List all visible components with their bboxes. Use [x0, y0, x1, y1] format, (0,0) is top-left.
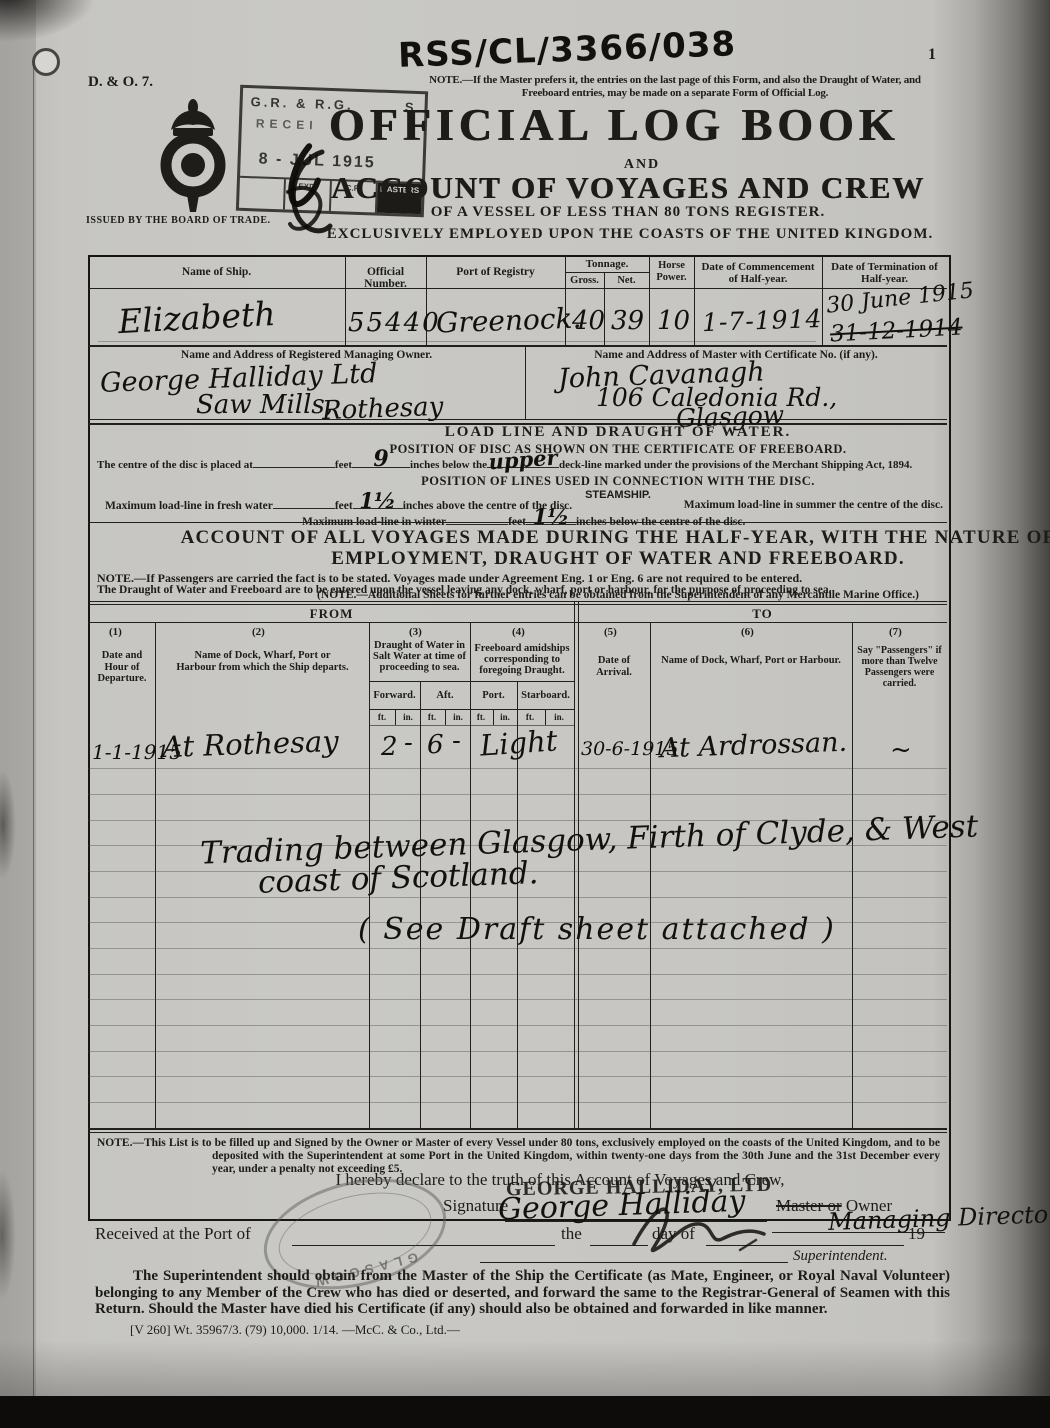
page-fold-line	[33, 60, 34, 1400]
superintendent-label: Superintendent.	[793, 1248, 888, 1265]
col-net: Net.	[604, 275, 649, 286]
disc-heading: POSITION OF DISC AS SHOWN ON THE CERTIFI…	[389, 442, 846, 457]
net-tonnage-value: 39	[611, 306, 644, 336]
ruled-line	[88, 948, 947, 949]
board-of-trade-crest-icon	[152, 98, 234, 221]
voyages-note3: (NOTE.—Additional Sheets for further ent…	[317, 589, 919, 601]
blank-winter-in: 1½	[526, 515, 576, 525]
grid-line	[395, 709, 396, 725]
blank-fresh-feet	[273, 499, 335, 509]
horse-power-value: 10	[657, 306, 690, 336]
grid-line	[574, 601, 575, 1128]
col6-header: Name of Dock, Wharf, Port or Harbour.	[660, 655, 842, 667]
grid-line	[88, 1128, 947, 1130]
writing-baseline	[98, 341, 816, 342]
ruled-line	[88, 794, 947, 795]
grid-line	[650, 622, 651, 1128]
fresh-left: Maximum load-line in fresh waterfeet1½in…	[105, 499, 572, 512]
forward-ft-value: 2	[381, 732, 398, 762]
grid-line	[88, 1132, 947, 1133]
to-header: TO	[578, 606, 947, 622]
centre-hand-value: upper	[488, 445, 559, 475]
col-num-3: (3)	[409, 626, 422, 638]
punch-hole	[32, 48, 60, 76]
col-port-of-registry: Port of Registry	[426, 266, 565, 278]
lines-heading: POSITION OF LINES USED IN CONNECTION WIT…	[421, 474, 815, 489]
in-label: in.	[495, 712, 515, 722]
grid-line	[445, 709, 446, 725]
centre-pre: The centre of the disc is placed at	[97, 459, 253, 471]
freeboard-value: Light	[479, 723, 559, 762]
blank-fresh-in: 1½	[353, 499, 403, 509]
col-num-6: (6)	[741, 626, 754, 638]
bottom-fade	[0, 1340, 1050, 1400]
grid-line	[545, 709, 546, 725]
col7-header: Say "Passengers" if more than Twelve Pas…	[855, 645, 944, 689]
col-num-4: (4)	[512, 626, 525, 638]
col3-forward: Forward.	[369, 690, 420, 701]
col4-port: Port.	[470, 690, 517, 701]
centre-post: deck-line marked under the provisions of…	[559, 459, 912, 471]
blank-winter-feet	[446, 515, 508, 525]
col-official-number: Official Number.	[345, 266, 426, 290]
ship-name-value: Elizabeth	[117, 294, 276, 341]
grid-line	[493, 709, 494, 725]
commencement-value: 1-7-1914	[702, 304, 823, 337]
col-num-5: (5)	[604, 626, 617, 638]
vessel-line: OF A VESSEL OF LESS THAN 80 TONS REGISTE…	[431, 204, 826, 221]
aft-in-value: -	[452, 726, 461, 756]
col4-starboard: Starboard.	[517, 690, 574, 701]
top-note: NOTE.—If the Master prefers it, the entr…	[415, 74, 935, 100]
edge-smudge	[0, 1170, 16, 1300]
ruled-line	[88, 974, 947, 975]
feet-word: feet	[335, 500, 353, 512]
blank-feet	[253, 458, 335, 468]
grid-line	[420, 681, 421, 1128]
owner-label: Name and Address of Registered Managing …	[88, 349, 525, 361]
to-port-value: At Ardrossan.	[660, 727, 848, 765]
document-title: OFFICIAL LOG BOOK	[329, 98, 900, 151]
superintendent-instruction: The Superintendent should obtain from th…	[95, 1268, 950, 1318]
col-termination: Date of Termination of Half-year.	[824, 261, 945, 285]
summer-line: Maximum load-line in summer the centre o…	[684, 499, 943, 512]
ft-label: ft.	[471, 712, 491, 722]
col3-header: Draught of Water in Salt Water at time o…	[372, 640, 467, 673]
received-the: the	[561, 1224, 582, 1244]
printer-footer: [V 260] Wt. 35967/3. (79) 10,000. 1/14. …	[130, 1322, 460, 1338]
centre-inches-value: 9	[373, 446, 388, 472]
grid-line	[88, 288, 947, 289]
corner-smudge	[0, 0, 96, 42]
grid-line	[88, 604, 947, 605]
port-of-registry-value: Greenock.	[435, 301, 581, 339]
issued-by-caption: ISSUED BY THE BOARD OF TRADE.	[86, 215, 271, 226]
ft-label: ft.	[520, 712, 540, 722]
passengers-value: ~	[890, 735, 912, 765]
owner-value-line3: Rothesay	[322, 392, 444, 426]
feet-word: feet	[335, 459, 352, 471]
from-port-value: At Rothesay	[161, 724, 339, 764]
col2-header: Name of Dock, Wharf, Port or Harbour fro…	[175, 650, 350, 673]
aft-ft-value: 6	[427, 730, 444, 760]
official-number-value: 55440	[348, 308, 441, 338]
col4-header: Freeboard amidships corresponding to for…	[473, 643, 571, 676]
grid-line	[88, 345, 947, 347]
col-num-7: (7)	[889, 626, 902, 638]
ruled-line	[88, 768, 947, 769]
grid-line	[694, 255, 695, 345]
gross-tonnage-value: 40	[572, 306, 605, 336]
fresh-value: 1½	[359, 488, 396, 513]
coasts-line: EXCLUSIVELY EMPLOYED UPON THE COASTS OF …	[327, 226, 933, 243]
ruled-line	[88, 999, 947, 1000]
fresh-pre: Maximum load-line in fresh water	[105, 500, 273, 512]
voyages-heading-line1: ACCOUNT OF ALL VOYAGES MADE DURING THE H…	[181, 527, 1050, 549]
loadline-heading: LOAD LINE AND DRAUGHT OF WATER.	[445, 424, 792, 441]
grid-line	[88, 601, 947, 602]
blank-deckline: upper	[487, 458, 559, 468]
disc-centre-line: The centre of the disc is placed atfeet9…	[97, 458, 912, 471]
owner-value-line2: Saw Mills,	[196, 390, 333, 420]
centre-mid: inches below the	[410, 459, 487, 471]
ft-label: ft.	[372, 712, 392, 722]
edge-smudge	[0, 770, 16, 880]
page-number: 1	[928, 46, 936, 64]
ruled-line	[88, 1076, 947, 1077]
col-gross: Gross.	[565, 275, 604, 286]
in-label: in.	[549, 712, 569, 722]
grid-line	[369, 709, 574, 710]
col-num-2: (2)	[252, 626, 265, 638]
in-label: in.	[398, 712, 418, 722]
bottom-scan-bar	[0, 1396, 1050, 1428]
scanned-document-page: RSS/CL/3366/038 1 D. & O. 7. NOTE.—If th…	[0, 0, 1050, 1428]
grid-line	[88, 622, 947, 623]
col5-header: Date of Arrival.	[582, 655, 646, 678]
forward-in-value: -	[404, 728, 413, 758]
draft-sheet-note: ( See Draft sheet attached )	[358, 912, 836, 947]
ruled-line	[88, 1025, 947, 1026]
winter-value: 1½	[533, 504, 570, 529]
col-num-1: (1)	[109, 626, 122, 638]
col-commencement: Date of Commencement of Half-year.	[698, 261, 818, 285]
col-tonnage: Tonnage.	[565, 258, 649, 270]
superintendent-signature-scrawl	[620, 1192, 780, 1272]
ft-label: ft.	[422, 712, 442, 722]
ruled-line	[88, 1102, 947, 1103]
archive-reference: RSS/CL/3366/038	[397, 24, 736, 76]
ruled-line	[88, 1051, 947, 1052]
grid-line	[88, 522, 947, 523]
grid-line	[852, 622, 853, 1128]
col-horse-power: Horse Power.	[649, 260, 694, 283]
grid-line	[565, 272, 649, 273]
voyages-heading-line2: EMPLOYMENT, DRAUGHT OF WATER AND FREEBOA…	[331, 548, 905, 570]
blank-inches: 9	[352, 458, 410, 468]
col1-header: Date and Hour of Departure.	[92, 650, 152, 685]
grid-line	[155, 622, 156, 1128]
received-pre: Received at the Port of	[95, 1224, 251, 1244]
form-code: D. & O. 7.	[88, 74, 153, 91]
from-header: FROM	[88, 606, 575, 622]
document-subtitle: ACCOUNT OF VOYAGES AND CREW	[331, 170, 925, 206]
ruled-line	[88, 897, 947, 898]
grid-line	[578, 601, 579, 1128]
col3-aft: Aft.	[420, 690, 470, 701]
col-name-of-ship: Name of Ship.	[88, 266, 345, 278]
freshwater-line: Maximum load-line in fresh waterfeet1½in…	[105, 499, 943, 512]
in-label: in.	[448, 712, 468, 722]
received-19: 19	[908, 1224, 925, 1244]
grid-line	[369, 681, 574, 682]
stamp-received-word: RECEI	[256, 116, 318, 132]
